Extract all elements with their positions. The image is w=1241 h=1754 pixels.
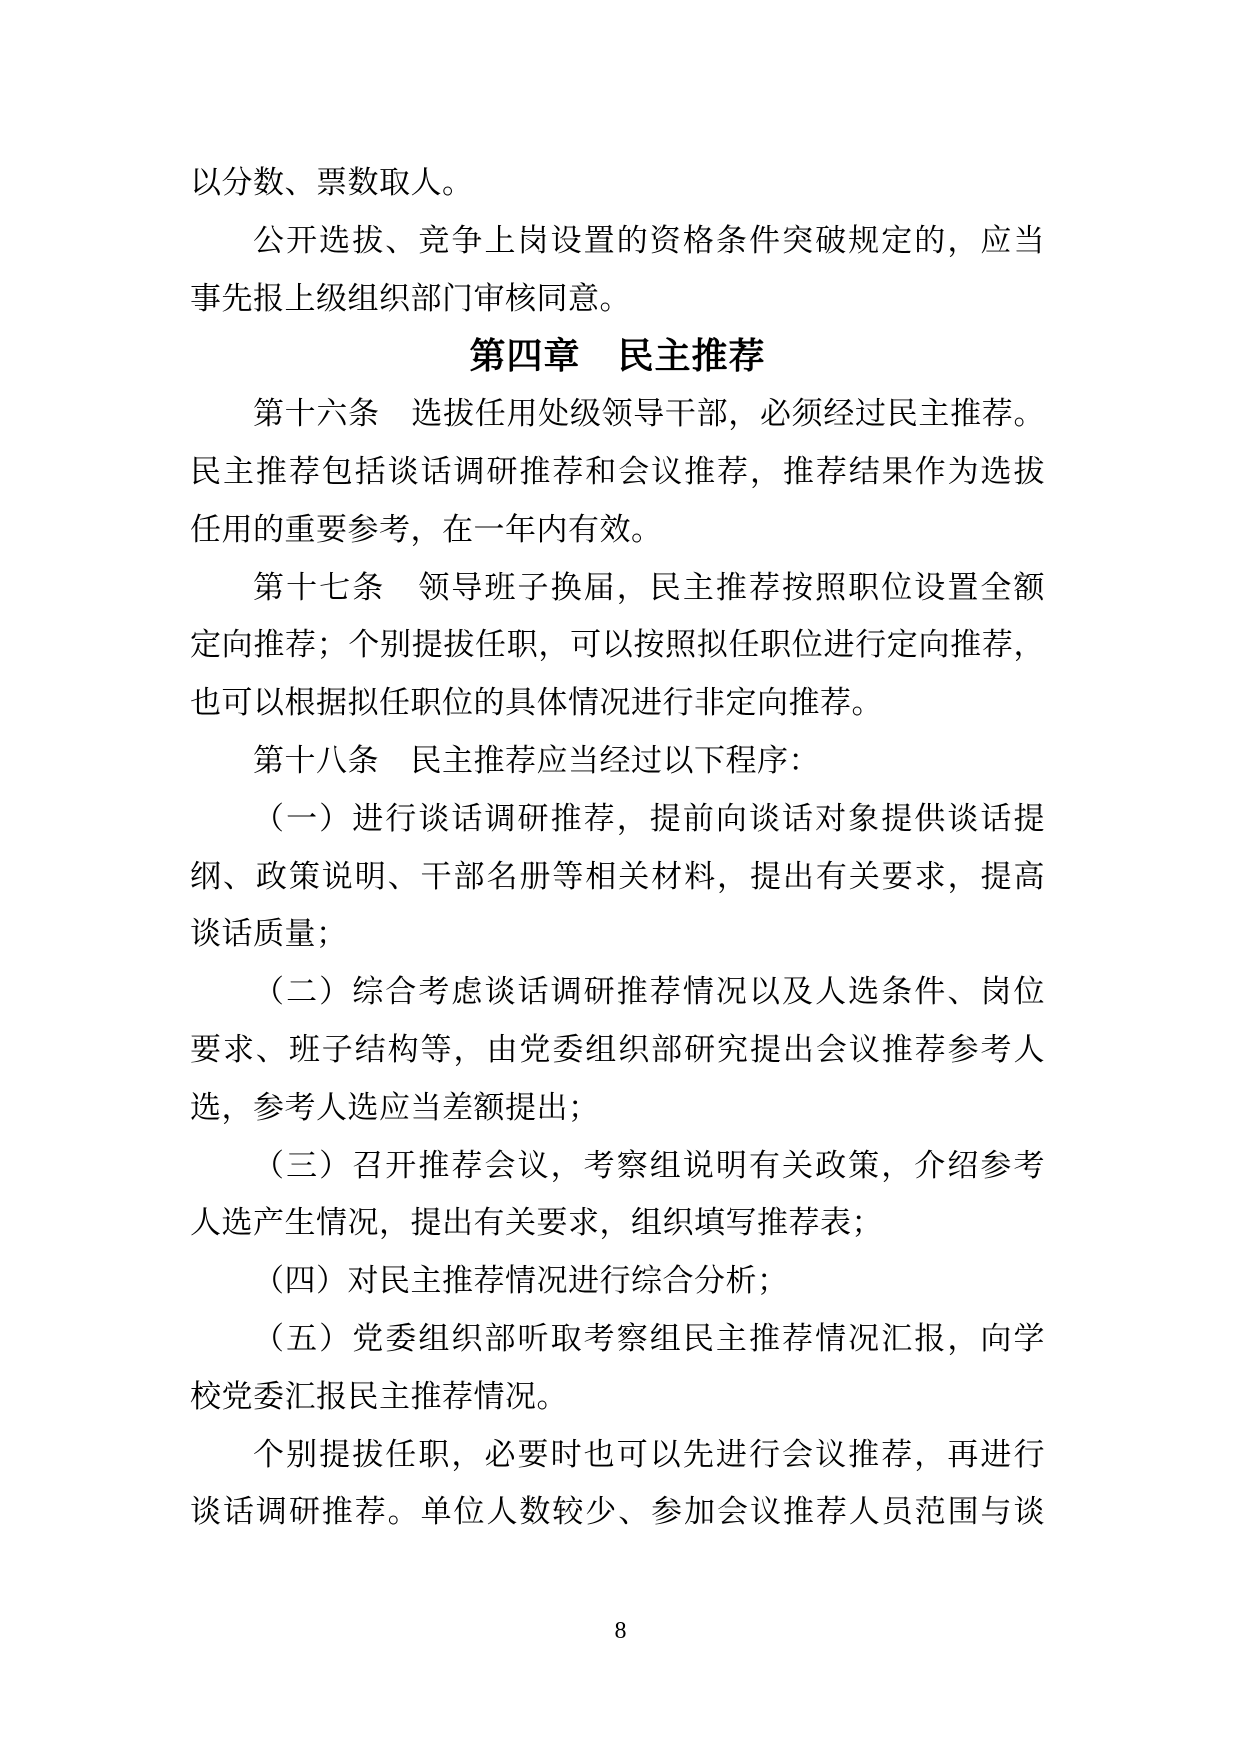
text-line: 公开选拔、竞争上岗设置的资格条件突破规定的，应当 <box>190 212 1045 270</box>
text-line: （二）综合考虑谈话调研推荐情况以及人选条件、岗位 <box>190 963 1045 1021</box>
text-line: 人选产生情况，提出有关要求，组织填写推荐表； <box>190 1194 1045 1252</box>
text-line: 也可以根据拟任职位的具体情况进行非定向推荐。 <box>190 674 1045 732</box>
document-body: 以分数、票数取人。 公开选拔、竞争上岗设置的资格条件突破规定的，应当 事先报上级… <box>190 154 1045 1541</box>
text-line: 第十八条 民主推荐应当经过以下程序： <box>190 732 1045 790</box>
text-line: （四）对民主推荐情况进行综合分析； <box>190 1252 1045 1310</box>
text-line: 选，参考人选应当差额提出； <box>190 1079 1045 1137</box>
chapter-heading: 第四章 民主推荐 <box>190 327 1045 385</box>
text-line: 第十七条 领导班子换届，民主推荐按照职位设置全额 <box>190 559 1045 617</box>
text-line: 校党委汇报民主推荐情况。 <box>190 1368 1045 1426</box>
text-line: 事先报上级组织部门审核同意。 <box>190 270 1045 328</box>
text-line: （一）进行谈话调研推荐，提前向谈话对象提供谈话提 <box>190 790 1045 848</box>
text-line: （三）召开推荐会议，考察组说明有关政策，介绍参考 <box>190 1137 1045 1195</box>
page-number: 8 <box>0 1616 1241 1646</box>
text-line: 要求、班子结构等，由党委组织部研究提出会议推荐参考人 <box>190 1021 1045 1079</box>
text-line: 定向推荐；个别提拔任职，可以按照拟任职位进行定向推荐， <box>190 616 1045 674</box>
text-line: 谈话调研推荐。单位人数较少、参加会议推荐人员范围与谈 <box>190 1483 1045 1541</box>
text-line: 谈话质量； <box>190 905 1045 963</box>
document-page: 以分数、票数取人。 公开选拔、竞争上岗设置的资格条件突破规定的，应当 事先报上级… <box>0 0 1241 1754</box>
text-line: （五）党委组织部听取考察组民主推荐情况汇报，向学 <box>190 1310 1045 1368</box>
text-line: 个别提拔任职，必要时也可以先进行会议推荐，再进行 <box>190 1426 1045 1484</box>
text-line: 纲、政策说明、干部名册等相关材料，提出有关要求，提高 <box>190 848 1045 906</box>
text-line: 民主推荐包括谈话调研推荐和会议推荐，推荐结果作为选拔 <box>190 443 1045 501</box>
text-line: 任用的重要参考，在一年内有效。 <box>190 501 1045 559</box>
text-line: 以分数、票数取人。 <box>190 154 1045 212</box>
text-line: 第十六条 选拔任用处级领导干部，必须经过民主推荐。 <box>190 385 1045 443</box>
